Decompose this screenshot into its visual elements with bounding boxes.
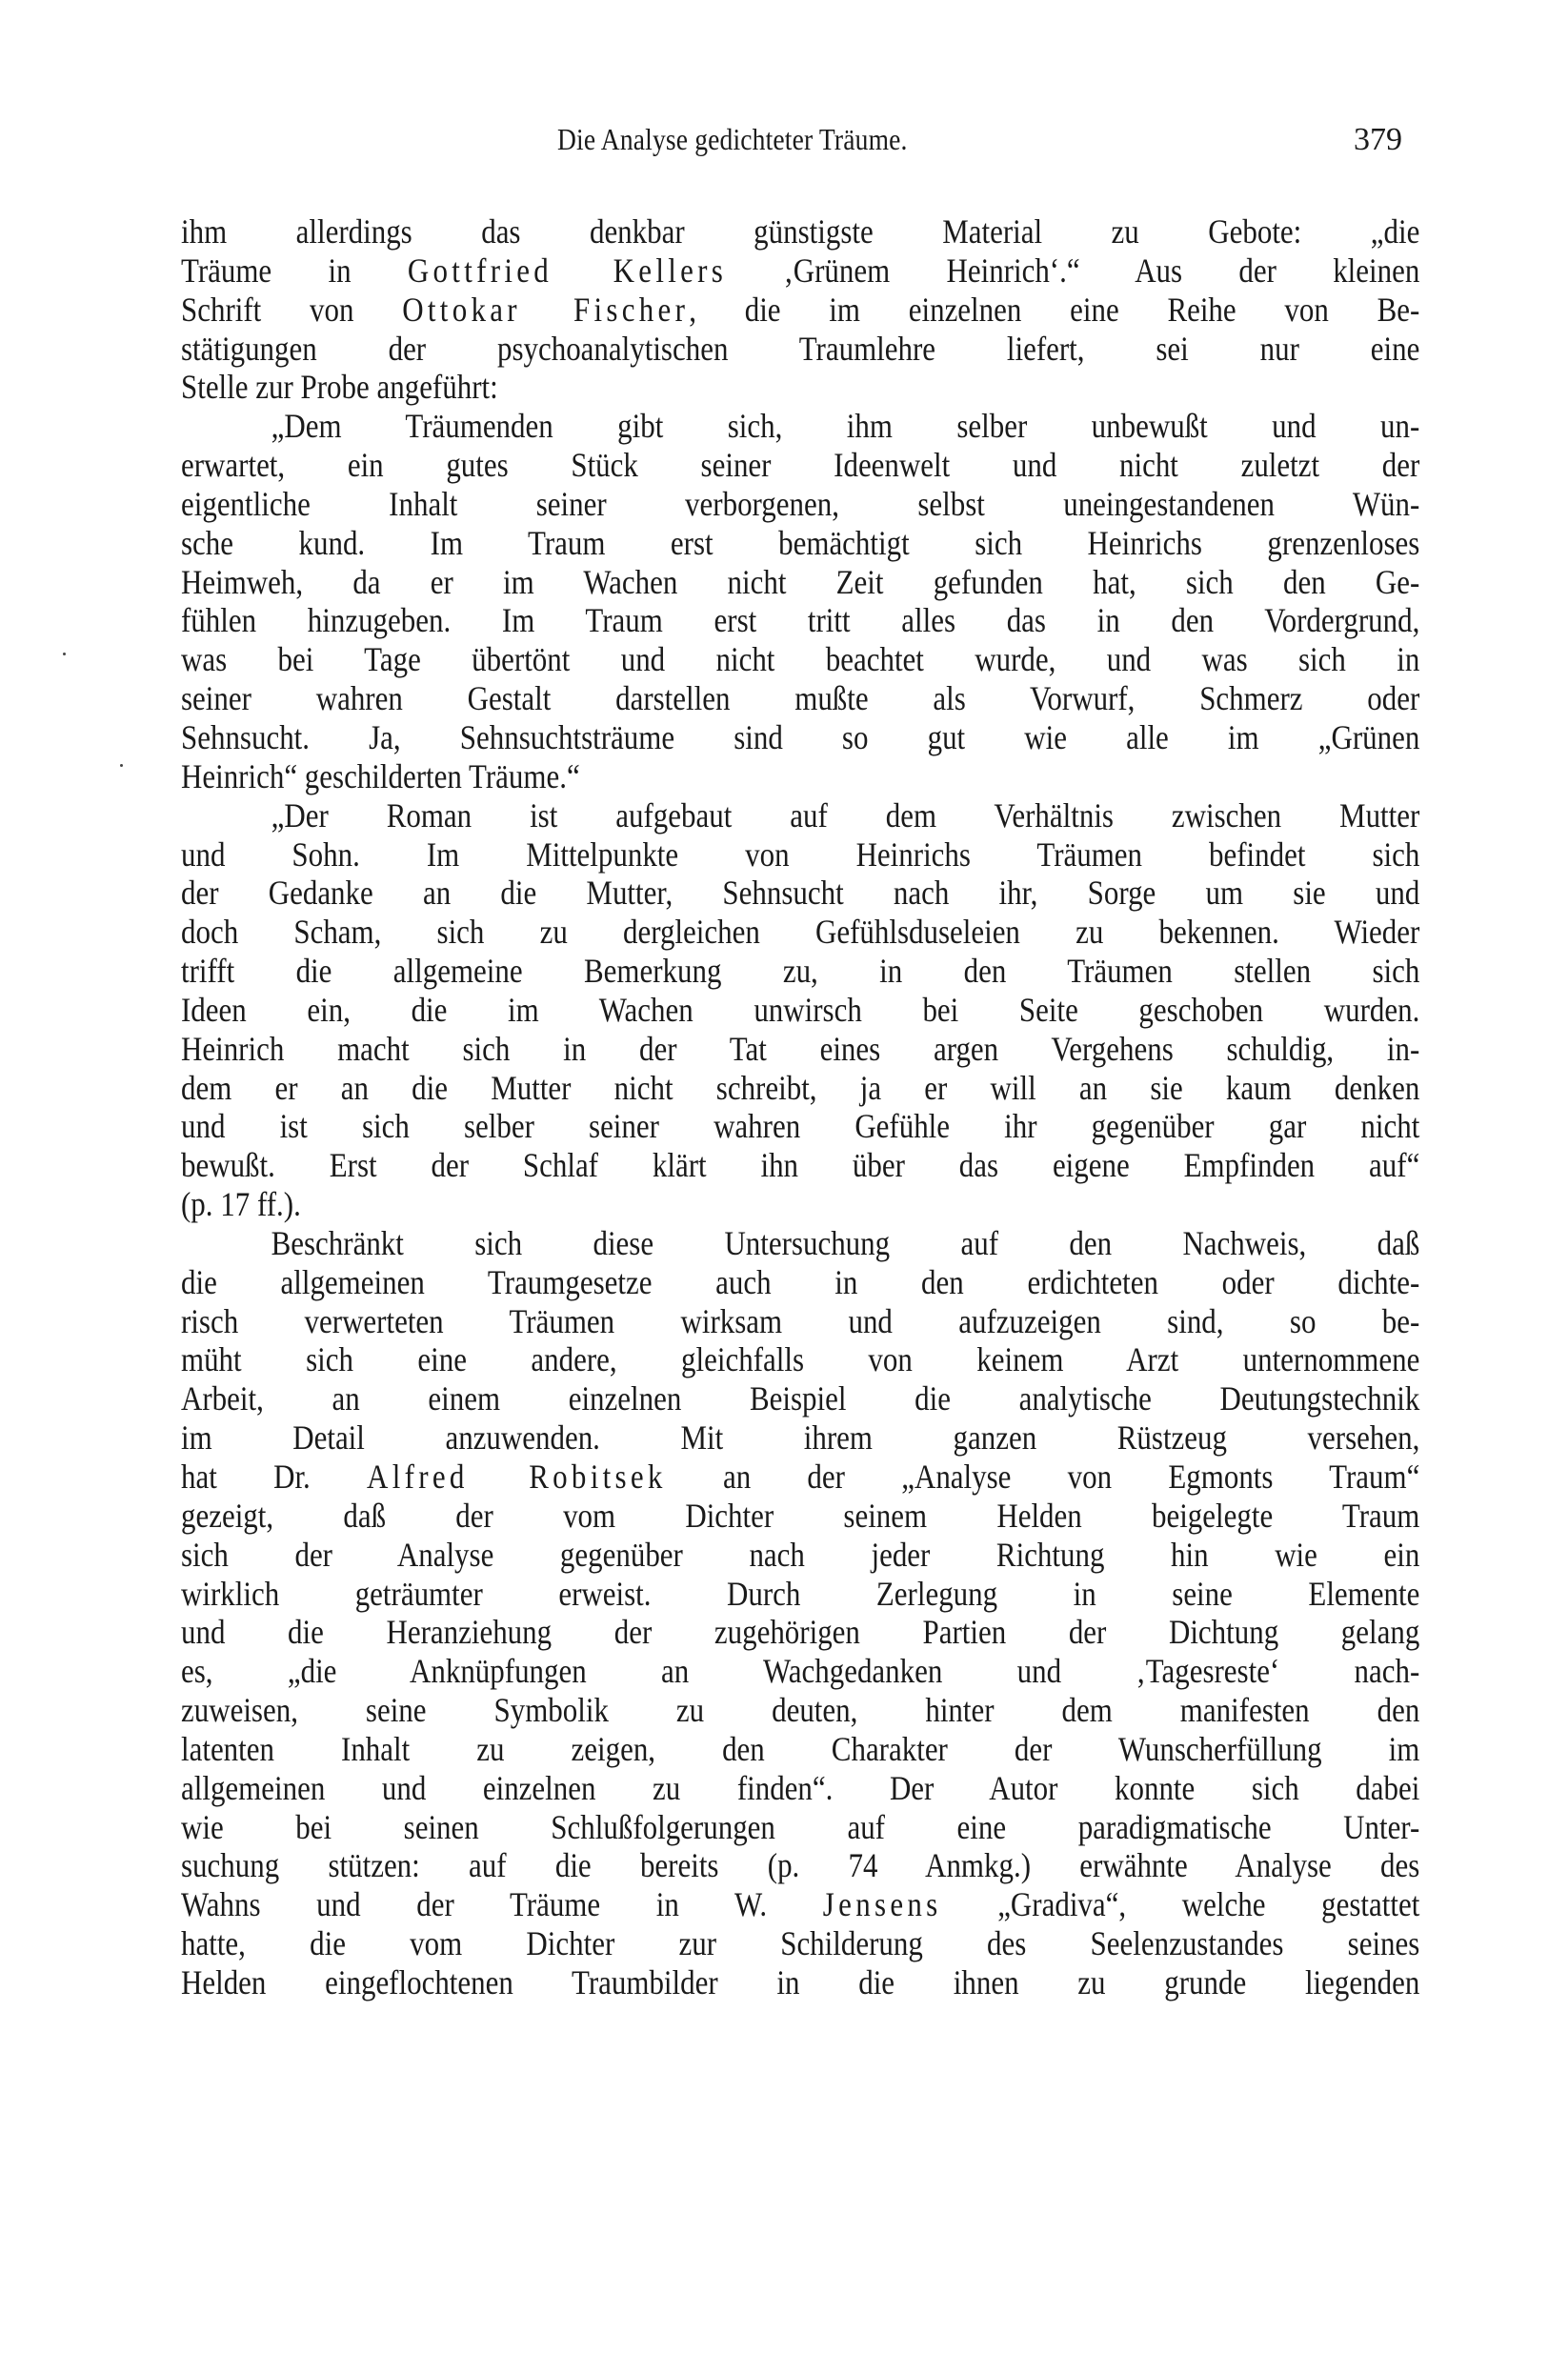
text-line: Ideen ein, die im Wachen unwirsch bei Se… (181, 991, 1419, 1030)
text-line: die allgemeinen Traumgesetze auch in den… (181, 1263, 1419, 1302)
text-line: (p. 17 ff.). (181, 1185, 1419, 1224)
running-head: Die Analyse gedichteter Träume. 379 (181, 122, 1419, 168)
text-line: sich der Analyse gegenüber nach jeder Ri… (181, 1536, 1419, 1575)
text-line: der Gedanke an die Mutter, Sehnsucht nac… (181, 874, 1419, 913)
text-line: Wahns und der Träume in W. Jensens „Grad… (181, 1885, 1419, 1924)
scan-speck (63, 653, 66, 655)
text-line: und ist sich selber seiner wahren Gefühl… (181, 1107, 1419, 1146)
text-line: Sehnsucht. Ja, Sehnsuchtsträume sind so … (181, 718, 1419, 757)
text-line: und die Heranziehung der zugehörigen Par… (181, 1613, 1419, 1652)
emphasized-name: Gottfried Kellers (408, 251, 727, 290)
text-line: Heimweh, da er im Wachen nicht Zeit gefu… (181, 563, 1419, 602)
text-line: hatte, die vom Dichter zur Schilderung d… (181, 1924, 1419, 1963)
text-line: Heinrich“ geschilderten Träume.“ (181, 757, 1419, 796)
text-line: ihm allerdings das denkbar günstigste Ma… (181, 212, 1419, 251)
scan-speck (120, 764, 123, 767)
text-line: fühlen hinzugeben. Im Traum erst tritt a… (181, 601, 1419, 640)
text-line: und Sohn. Im Mittelpunkte von Heinrichs … (181, 835, 1419, 875)
text-line: Arbeit, an einem einzelnen Beispiel die … (181, 1379, 1419, 1418)
text-line: Schrift von Ottokar Fischer, die im einz… (181, 291, 1419, 330)
text-line: suchung stützen: auf die bereits (p. 74 … (181, 1846, 1419, 1885)
text-line: Träume in Gottfried Kellers ‚Grünem Hein… (181, 251, 1419, 291)
text-line: Helden eingeflochtenen Traumbilder in di… (181, 1963, 1419, 2002)
text-line: doch Scham, sich zu dergleichen Gefühlsd… (181, 913, 1419, 952)
text-line: eigentliche Inhalt seiner verborgenen, s… (181, 485, 1419, 524)
text-line: wirklich geträumter erweist. Durch Zerle… (181, 1575, 1419, 1614)
text-line: allgemeinen und einzelnen zu finden“. De… (181, 1769, 1419, 1808)
text-line: seiner wahren Gestalt darstellen mußte a… (181, 679, 1419, 718)
text-line: Beschränkt sich diese Untersuchung auf d… (181, 1224, 1419, 1263)
text-line: im Detail anzuwenden. Mit ihrem ganzen R… (181, 1418, 1419, 1458)
body-text: ihm allerdings das denkbar günstigste Ma… (181, 212, 1419, 2002)
running-title: Die Analyse gedichteter Träume. (557, 122, 908, 157)
text-line: hat Dr. Alfred Robitsek an der „Analyse … (181, 1458, 1419, 1497)
text-line: latenten Inhalt zu zeigen, den Charakter… (181, 1730, 1419, 1769)
text-line: „Dem Träumenden gibt sich, ihm selber un… (181, 407, 1419, 446)
text-line: stätigungen der psychoanalytischen Traum… (181, 330, 1419, 369)
text-line: wie bei seinen Schlußfolgerungen auf ein… (181, 1808, 1419, 1847)
page-number: 379 (1354, 122, 1402, 158)
text-line: risch verwerteten Träumen wirksam und au… (181, 1302, 1419, 1341)
text-line: Stelle zur Probe angeführt: (181, 368, 1419, 407)
text-line: gezeigt, daß der vom Dichter seinem Held… (181, 1497, 1419, 1536)
emphasized-name: Alfred Robitsek (367, 1458, 667, 1496)
text-line: „Der Roman ist aufgebaut auf dem Verhält… (181, 796, 1419, 835)
text-line: zuweisen, seine Symbolik zu deuten, hint… (181, 1691, 1419, 1730)
text-line: dem er an die Mutter nicht schreibt, ja … (181, 1069, 1419, 1108)
text-line: sche kund. Im Traum erst bemächtigt sich… (181, 524, 1419, 563)
emphasized-name: Jensens (823, 1885, 942, 1923)
text-line: es, „die Anknüpfungen an Wachgedanken un… (181, 1652, 1419, 1691)
text-line: bewußt. Erst der Schlaf klärt ihn über d… (181, 1146, 1419, 1185)
text-line: was bei Tage übertönt und nicht beachtet… (181, 640, 1419, 679)
text-line: erwartet, ein gutes Stück seiner Ideenwe… (181, 446, 1419, 485)
text-line: müht sich eine andere, gleichfalls von k… (181, 1340, 1419, 1379)
book-page: Die Analyse gedichteter Träume. 379 ihm … (0, 0, 1568, 2353)
text-line: trifft die allgemeine Bemerkung zu, in d… (181, 952, 1419, 991)
emphasized-name: Ottokar Fischer (402, 291, 689, 329)
text-line: Heinrich macht sich in der Tat eines arg… (181, 1030, 1419, 1069)
